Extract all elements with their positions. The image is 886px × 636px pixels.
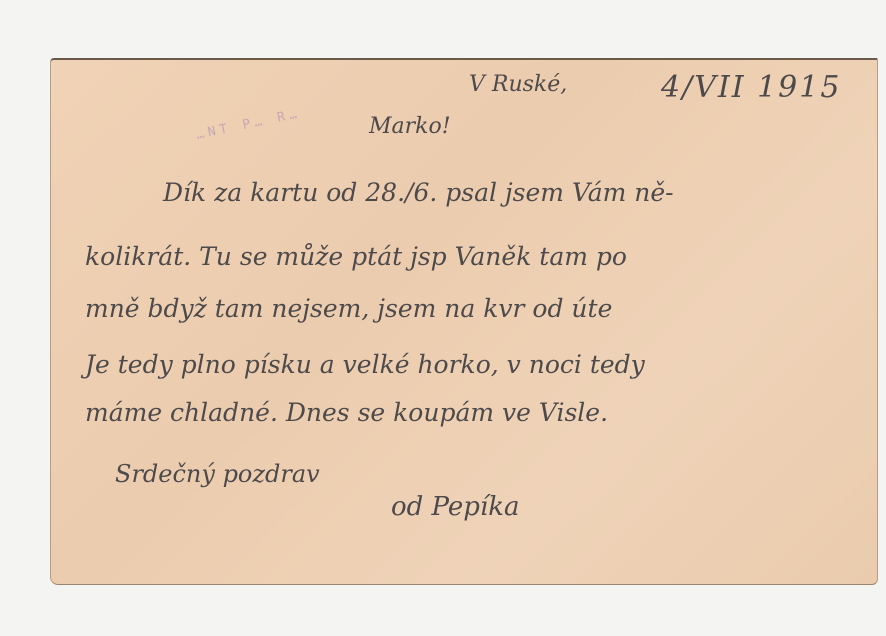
signature: od Pepíka [391,492,520,522]
body-line-3: mně bdyž tam nejsem, jsem na kvr od úte [85,294,612,323]
body-line-2: kolikrát. Tu se může ptát jsp Vaněk tam … [85,242,627,271]
body-line-4: Je tedy plno písku a velké horko, v noci… [85,350,645,379]
body-line-5: máme chladné. Dnes se koupám ve Visle. [85,398,608,427]
closing: Srdečný pozdrav [115,460,320,488]
postcard: …NT P… R… V Ruské, 4/VII 1915 Marko! Dík… [50,58,878,585]
salutation: Marko! [369,114,451,139]
place-text: V Ruské, [469,72,567,97]
body-line-1: Dík za kartu od 28./6. psal jsem Vám ně- [163,178,674,207]
date-text: 4/VII 1915 [661,70,841,105]
